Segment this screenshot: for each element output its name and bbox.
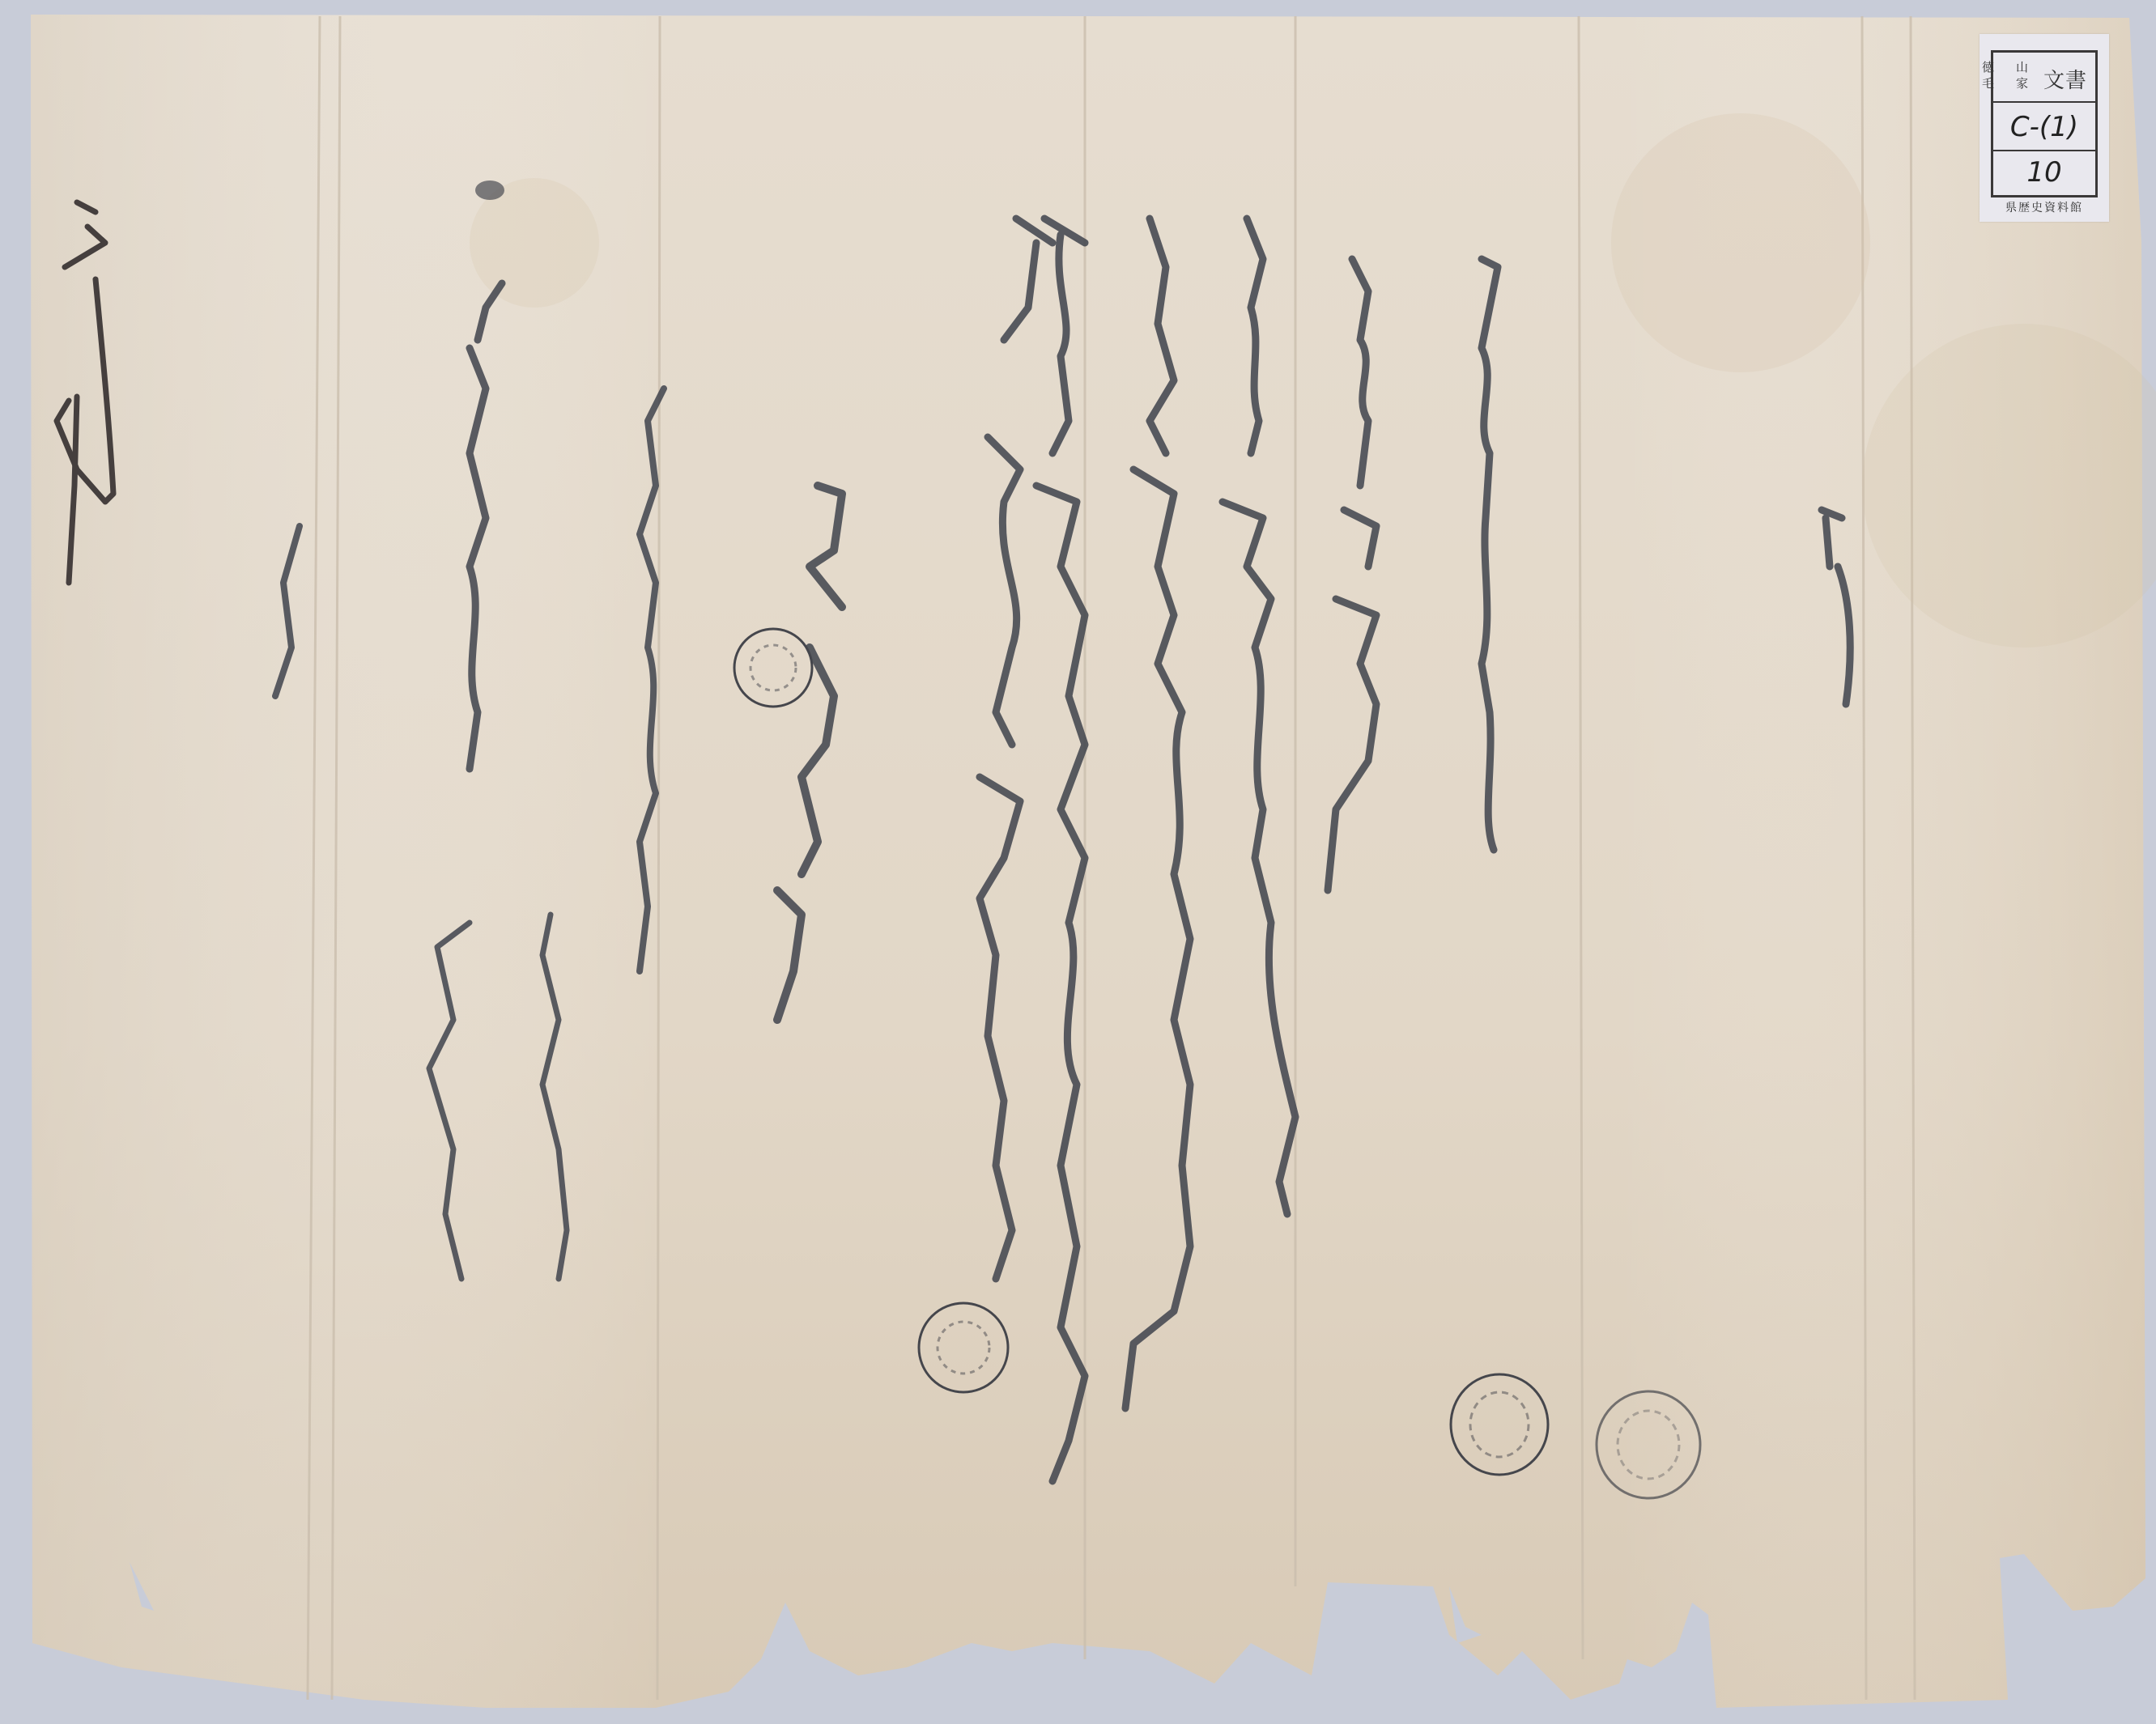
column-9: [640, 389, 664, 971]
archive-label: 徳 毛 山 家 文書 C-(1) 10 県歴史資料館: [1980, 34, 2109, 222]
label-collection-title: 文書: [2043, 64, 2087, 94]
column-2: [1482, 259, 1498, 850]
column-10: [470, 283, 502, 769]
seal-bottom-right-2: [1597, 1391, 1700, 1498]
ink-blot: [475, 180, 504, 200]
label-collection-row: 徳 毛 山 家 文書: [1993, 53, 2095, 103]
label-item-number: 10: [1993, 156, 2095, 189]
column-5: [1125, 219, 1190, 1408]
column-3: [1328, 259, 1376, 890]
archive-label-box: 徳 毛 山 家 文書 C-(1) 10: [1991, 50, 2098, 197]
column-12: [275, 526, 300, 696]
left-margin-mark: [57, 202, 113, 583]
column-6: [1036, 219, 1085, 1481]
label-classification-row: C-(1): [1993, 103, 2095, 151]
seal-lower-center: [919, 1303, 1008, 1392]
seal-bottom-right-1: [1451, 1374, 1548, 1475]
label-char: 毛: [1982, 77, 1994, 90]
column-4: [1223, 219, 1295, 1214]
column-1: [1822, 510, 1850, 704]
column-7: [980, 219, 1052, 1279]
label-char: 徳: [1982, 61, 1994, 74]
seals: [734, 629, 1700, 1498]
seal-center: [734, 629, 812, 707]
label-char: 山: [2016, 61, 2028, 74]
label-classification: C-(1): [1993, 111, 2095, 143]
label-char: 家: [2016, 77, 2028, 90]
column-8: [777, 486, 842, 1020]
handwritten-text: [0, 0, 2156, 1724]
column-11: [429, 915, 567, 1279]
label-number-row: 10: [1993, 151, 2095, 195]
label-institution: 県歴史資料館: [1980, 199, 2109, 215]
